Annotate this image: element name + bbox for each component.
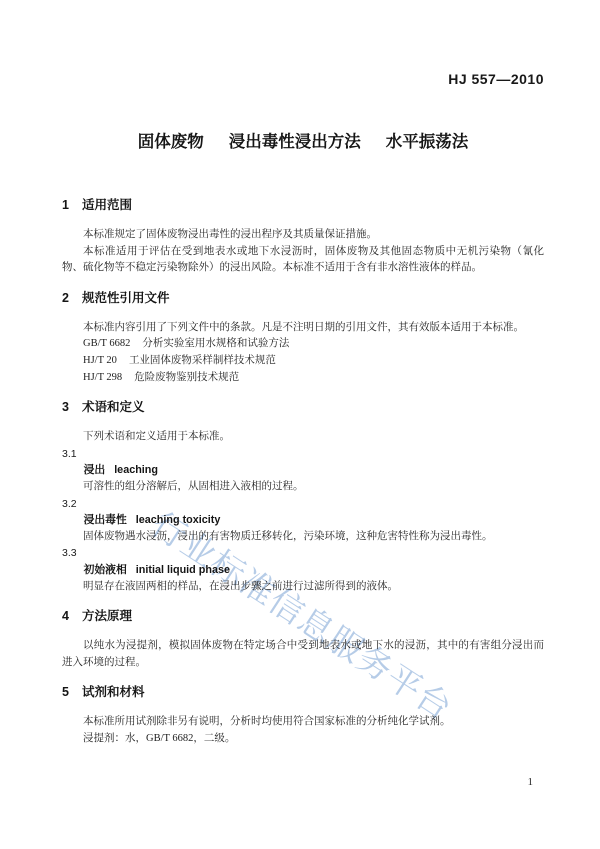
section-heading: 1适用范围 bbox=[62, 197, 544, 214]
section-heading: 2规范性引用文件 bbox=[62, 290, 544, 307]
section-title: 试剂和材料 bbox=[82, 685, 145, 699]
reference-title: 工业固体废物采样制样技术规范 bbox=[129, 355, 276, 366]
section-number: 4 bbox=[62, 608, 69, 625]
section-normative-references: 2规范性引用文件 本标准内容引用了下列文件中的条款。凡是不注明日期的引用文件，其… bbox=[62, 290, 544, 386]
title-part: 固体废物 bbox=[138, 132, 204, 153]
term-block: 3.1 浸出leaching 可溶性的组分溶解后，从固相进入液相的过程。 bbox=[62, 446, 544, 496]
section-heading: 3术语和定义 bbox=[62, 399, 544, 416]
term-name-en: leaching toxicity bbox=[136, 514, 221, 526]
term-name-en: leaching bbox=[114, 464, 158, 476]
title-part: 浸出毒性浸出方法 bbox=[229, 132, 361, 153]
section-number: 1 bbox=[62, 197, 69, 214]
document-title: 固体废物浸出毒性浸出方法水平振荡法 bbox=[62, 132, 544, 153]
term-name-en: initial liquid phase bbox=[136, 564, 230, 576]
section-scope: 1适用范围 本标准规定了固体废物浸出毒性的浸出程序及其质量保证措施。 本标准适用… bbox=[62, 197, 544, 277]
body-paragraph: 本标准规定了固体废物浸出毒性的浸出程序及其质量保证措施。 bbox=[62, 227, 544, 244]
term-block: 3.3 初始液相initial liquid phase 明显存在液固两相的样品… bbox=[62, 545, 544, 595]
section-title: 规范性引用文件 bbox=[82, 291, 170, 305]
document-page: HJ 557—2010 固体废物浸出毒性浸出方法水平振荡法 1适用范围 本标准规… bbox=[0, 0, 600, 849]
normative-reference: HJ/T 298危险废物鉴别技术规范 bbox=[62, 370, 544, 387]
reference-code: HJ/T 298 bbox=[83, 370, 122, 387]
header-standard-code: HJ 557—2010 bbox=[62, 72, 544, 87]
body-paragraph: 本标准内容引用了下列文件中的条款。凡是不注明日期的引用文件，其有效版本适用于本标… bbox=[62, 320, 544, 337]
section-title: 术语和定义 bbox=[82, 400, 145, 414]
reference-title: 危险废物鉴别技术规范 bbox=[134, 372, 239, 383]
section-number: 5 bbox=[62, 684, 69, 701]
normative-reference: GB/T 6682分析实验室用水规格和试验方法 bbox=[62, 336, 544, 353]
section-number: 3 bbox=[62, 399, 69, 416]
term-definition: 固体废物遇水浸沥，浸出的有害物质迁移转化，污染环境，这种危害特性称为浸出毒性。 bbox=[62, 529, 544, 546]
term-definition: 可溶性的组分溶解后，从固相进入液相的过程。 bbox=[62, 479, 544, 496]
term-clause-number: 3.3 bbox=[62, 545, 544, 562]
term-clause-number: 3.1 bbox=[62, 446, 544, 463]
body-paragraph: 浸提剂：水，GB/T 6682，二级。 bbox=[62, 731, 544, 748]
normative-reference: HJ/T 20工业固体废物采样制样技术规范 bbox=[62, 353, 544, 370]
section-heading: 5试剂和材料 bbox=[62, 684, 544, 701]
term-name-cn: 浸出毒性 bbox=[84, 514, 127, 526]
term-heading: 浸出leaching bbox=[62, 462, 544, 479]
section-reagents-materials: 5试剂和材料 本标准所用试剂除非另有说明，分析时均使用符合国家标准的分析纯化学试… bbox=[62, 684, 544, 747]
section-heading: 4方法原理 bbox=[62, 608, 544, 625]
body-paragraph: 以纯水为浸提剂，模拟固体废物在特定场合中受到地表水或地下水的浸沥，其中的有害组分… bbox=[62, 638, 544, 671]
section-number: 2 bbox=[62, 290, 69, 307]
title-part: 水平振荡法 bbox=[386, 132, 469, 153]
body-paragraph: 本标准所用试剂除非另有说明，分析时均使用符合国家标准的分析纯化学试剂。 bbox=[62, 714, 544, 731]
term-name-cn: 浸出 bbox=[84, 464, 106, 476]
term-name-cn: 初始液相 bbox=[84, 564, 127, 576]
reference-title: 分析实验室用水规格和试验方法 bbox=[142, 338, 289, 349]
term-block: 3.2 浸出毒性leaching toxicity 固体废物遇水浸沥，浸出的有害… bbox=[62, 496, 544, 546]
section-terms-definitions: 3术语和定义 下列术语和定义适用于本标准。 3.1 浸出leaching 可溶性… bbox=[62, 399, 544, 595]
term-heading: 浸出毒性leaching toxicity bbox=[62, 512, 544, 529]
term-definition: 明显存在液固两相的样品，在浸出步骤之前进行过滤所得到的液体。 bbox=[62, 579, 544, 596]
reference-code: HJ/T 20 bbox=[83, 353, 117, 370]
body-paragraph: 本标准适用于评估在受到地表水或地下水浸沥时，固体废物及其他固态物质中无机污染物（… bbox=[62, 244, 544, 277]
section-title: 方法原理 bbox=[82, 609, 132, 623]
section-title: 适用范围 bbox=[82, 198, 132, 212]
reference-code: GB/T 6682 bbox=[83, 336, 130, 353]
section-method-principle: 4方法原理 以纯水为浸提剂，模拟固体废物在特定场合中受到地表水或地下水的浸沥，其… bbox=[62, 608, 544, 671]
page-number: 1 bbox=[528, 776, 534, 789]
term-clause-number: 3.2 bbox=[62, 496, 544, 513]
body-paragraph: 下列术语和定义适用于本标准。 bbox=[62, 429, 544, 446]
term-heading: 初始液相initial liquid phase bbox=[62, 562, 544, 579]
